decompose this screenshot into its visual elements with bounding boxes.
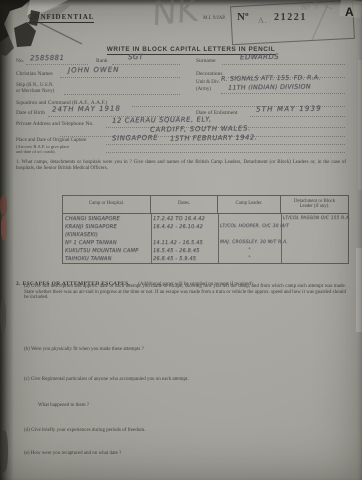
pencil-mark-nk: NK (151, 0, 198, 34)
camp-row: Nº 1 CAMP TAIWAN 14.11.42 - 16.5.45 MAJ.… (63, 240, 348, 248)
field-no-value: 2585881 (30, 54, 64, 62)
dotted-rule (106, 143, 345, 145)
field-dob-value: 24TH MAY 1918 (52, 105, 121, 114)
field-no-label: No. (16, 58, 24, 64)
mi9-reference: M.I. 9/JAP. (203, 16, 226, 21)
detachment-cell (281, 240, 348, 248)
question-1-text: 1. What camps, detachments or hospitals … (16, 160, 346, 171)
question-2b-text: (b) Were you physically fit when you mad… (24, 347, 346, 353)
dates-cell: 17.2.42 TO 16.4.42 (151, 216, 218, 224)
dates-cell (151, 232, 218, 240)
dates-cell: 26.8.45 - 5.9.45 (151, 256, 218, 264)
camp-row: KUKUTSU MOUNTAIN CAMP 16.5.45 - 26.8.45 … (63, 248, 348, 256)
field-dob-label: Date of Birth (16, 110, 45, 116)
question-2c-followup-text: What happened to them ? (38, 403, 338, 409)
stamp-letter: A. (258, 16, 268, 25)
table-column-divider (281, 214, 282, 263)
dotted-rule (221, 92, 345, 94)
leader-cell: " (218, 248, 281, 256)
table-column-divider (218, 214, 219, 263)
col-header-detachment-line1: Detachment or Block (294, 199, 335, 204)
camp-cell: (KINKASEKI) (63, 232, 151, 240)
camp-cell: Nº 1 CAMP TAIWAN (63, 240, 151, 248)
binding-edge-shadow (0, 0, 14, 480)
camp-cell: KUKUTSU MOUNTAIN CAMP (63, 248, 151, 256)
dotted-rule (112, 63, 180, 65)
instruction-header-wrap: WRITE IN BLOCK CAPITAL LETTERS IN PENCIL (60, 38, 322, 56)
camps-table-header: Camp or Hospital. Dates. Camp Leader. De… (63, 196, 348, 214)
field-enlistment-value: 5TH MAY 1939 (256, 105, 322, 114)
field-capture-date-value: 15TH FEBRUARY 1942. (170, 133, 257, 142)
detachment-cell (281, 232, 348, 240)
col-header-dates: Dates. (151, 196, 218, 213)
detachment-cell: LT/COL PASSON O/C 155 R.A. (281, 216, 348, 224)
detachment-cell (281, 256, 348, 264)
field-address-value-2: CARDIFF, SOUTH WALES. (150, 124, 251, 133)
field-surname-value: EDWARDS (240, 53, 279, 62)
field-unit-value-2: 11TH (INDIAN) DIVISION (228, 83, 311, 91)
leader-cell: MAJ. CROSSLEY. 30 M/T R.A. (218, 240, 281, 248)
field-rank-value: SGT (128, 53, 144, 61)
detachment-cell (281, 224, 348, 232)
right-edge-light-sliver (356, 248, 362, 332)
left-edge-dark-mark (0, 430, 8, 472)
field-ship-label-2: or Merchant Navy) (16, 89, 54, 94)
camp-row: CHANGI SINGAPORE 17.2.42 TO 16.4.42 LT/C… (63, 214, 348, 224)
dotted-rule (60, 76, 180, 78)
question-2e-text: (e) How were you recaptured and on what … (24, 451, 346, 457)
field-unit-label-2: (Army) (196, 87, 211, 92)
dates-cell: 16.4.42 - 26.10.42 (151, 224, 218, 232)
dotted-rule (64, 93, 180, 95)
red-edge-mark (0, 196, 7, 215)
field-christian-names-label: Christian Names (16, 71, 53, 77)
dotted-rule (26, 63, 88, 65)
left-edge-dark-mark (0, 300, 6, 332)
field-ship-label: Ship (R.N., U.S.N. (16, 83, 54, 88)
red-edge-mark (1, 216, 7, 240)
leader-cell (218, 216, 281, 224)
case-number-prefix: Nº (237, 11, 249, 23)
field-rank-label: Rank (96, 58, 108, 64)
field-decorations-label: Decorations (196, 71, 223, 77)
dates-cell: 16.5.45 - 26.8.45 (151, 248, 218, 256)
detachment-cell (281, 248, 348, 256)
leader-cell: LT/COL HOOPER. O/C 30 M/T (218, 224, 281, 232)
field-capture-label-3: and date of a/c crash). (16, 149, 56, 154)
camp-cell: CHANGI SINGAPORE (63, 216, 151, 224)
field-address-value-1: 12 CAERAU SQUARE, ELY, (112, 115, 212, 124)
camp-row: (KINKASEKI) (63, 232, 348, 240)
dotted-rule (106, 151, 345, 153)
field-address-label: Private Address and Telephone No. (16, 121, 94, 127)
field-capture-label-1: Place and Date of Original Capture (16, 138, 86, 143)
dotted-rule (222, 63, 345, 65)
pencil-arrow-stroke (296, 0, 346, 42)
col-header-leader: Camp Leader. (218, 196, 281, 213)
field-surname-label: Surname (196, 58, 216, 64)
col-header-detachment-line2: Leader (if any). (300, 204, 330, 209)
question-2c-text: (c) Give Regimental particulars of anyon… (24, 377, 346, 383)
col-header-camp: Camp or Hospital. (63, 196, 151, 213)
camp-row: TAIHOKU TAIWAN 26.8.45 - 5.9.45 " (63, 256, 348, 264)
camp-cell: KRANJI SINGAPORE (63, 224, 151, 232)
classification-label: CONFIDENTIAL (28, 13, 94, 23)
field-capture-place-value: SINGAPORE (112, 134, 158, 143)
col-header-detachment: Detachment or Block Leader (if any). (281, 196, 348, 213)
leader-cell: " (218, 256, 281, 264)
corner-letter: A (345, 5, 354, 19)
dates-cell: 14.11.42 - 16.5.45 (151, 240, 218, 248)
right-edge-light-sliver (358, 60, 362, 190)
field-unit-value-1: R. SIGNALS ATT. 155. FD. R.A. (221, 74, 321, 82)
scanned-pow-questionnaire-page: CONFIDENTIAL NK M.I. 9/JAP. Nº A. 21221 … (0, 0, 362, 480)
field-unit-label: Unit & Div. (196, 80, 220, 85)
question-2d-text: (d) Give briefly your experiences during… (24, 428, 346, 434)
table-column-divider (151, 214, 152, 263)
field-christian-names-value: JOHN OWEN (68, 66, 119, 75)
dotted-rule (250, 115, 345, 117)
question-2a-text: (a) Give full description and approx. da… (24, 284, 346, 301)
camp-cell: TAIHOKU TAIWAN (63, 256, 151, 264)
camps-table: Camp or Hospital. Dates. Camp Leader. De… (62, 195, 349, 264)
camp-row: KRANJI SINGAPORE 16.4.42 - 26.10.42 LT/C… (63, 224, 348, 232)
camps-table-body: CHANGI SINGAPORE 17.2.42 TO 16.4.42 LT/C… (63, 214, 348, 263)
leader-cell (218, 232, 281, 240)
